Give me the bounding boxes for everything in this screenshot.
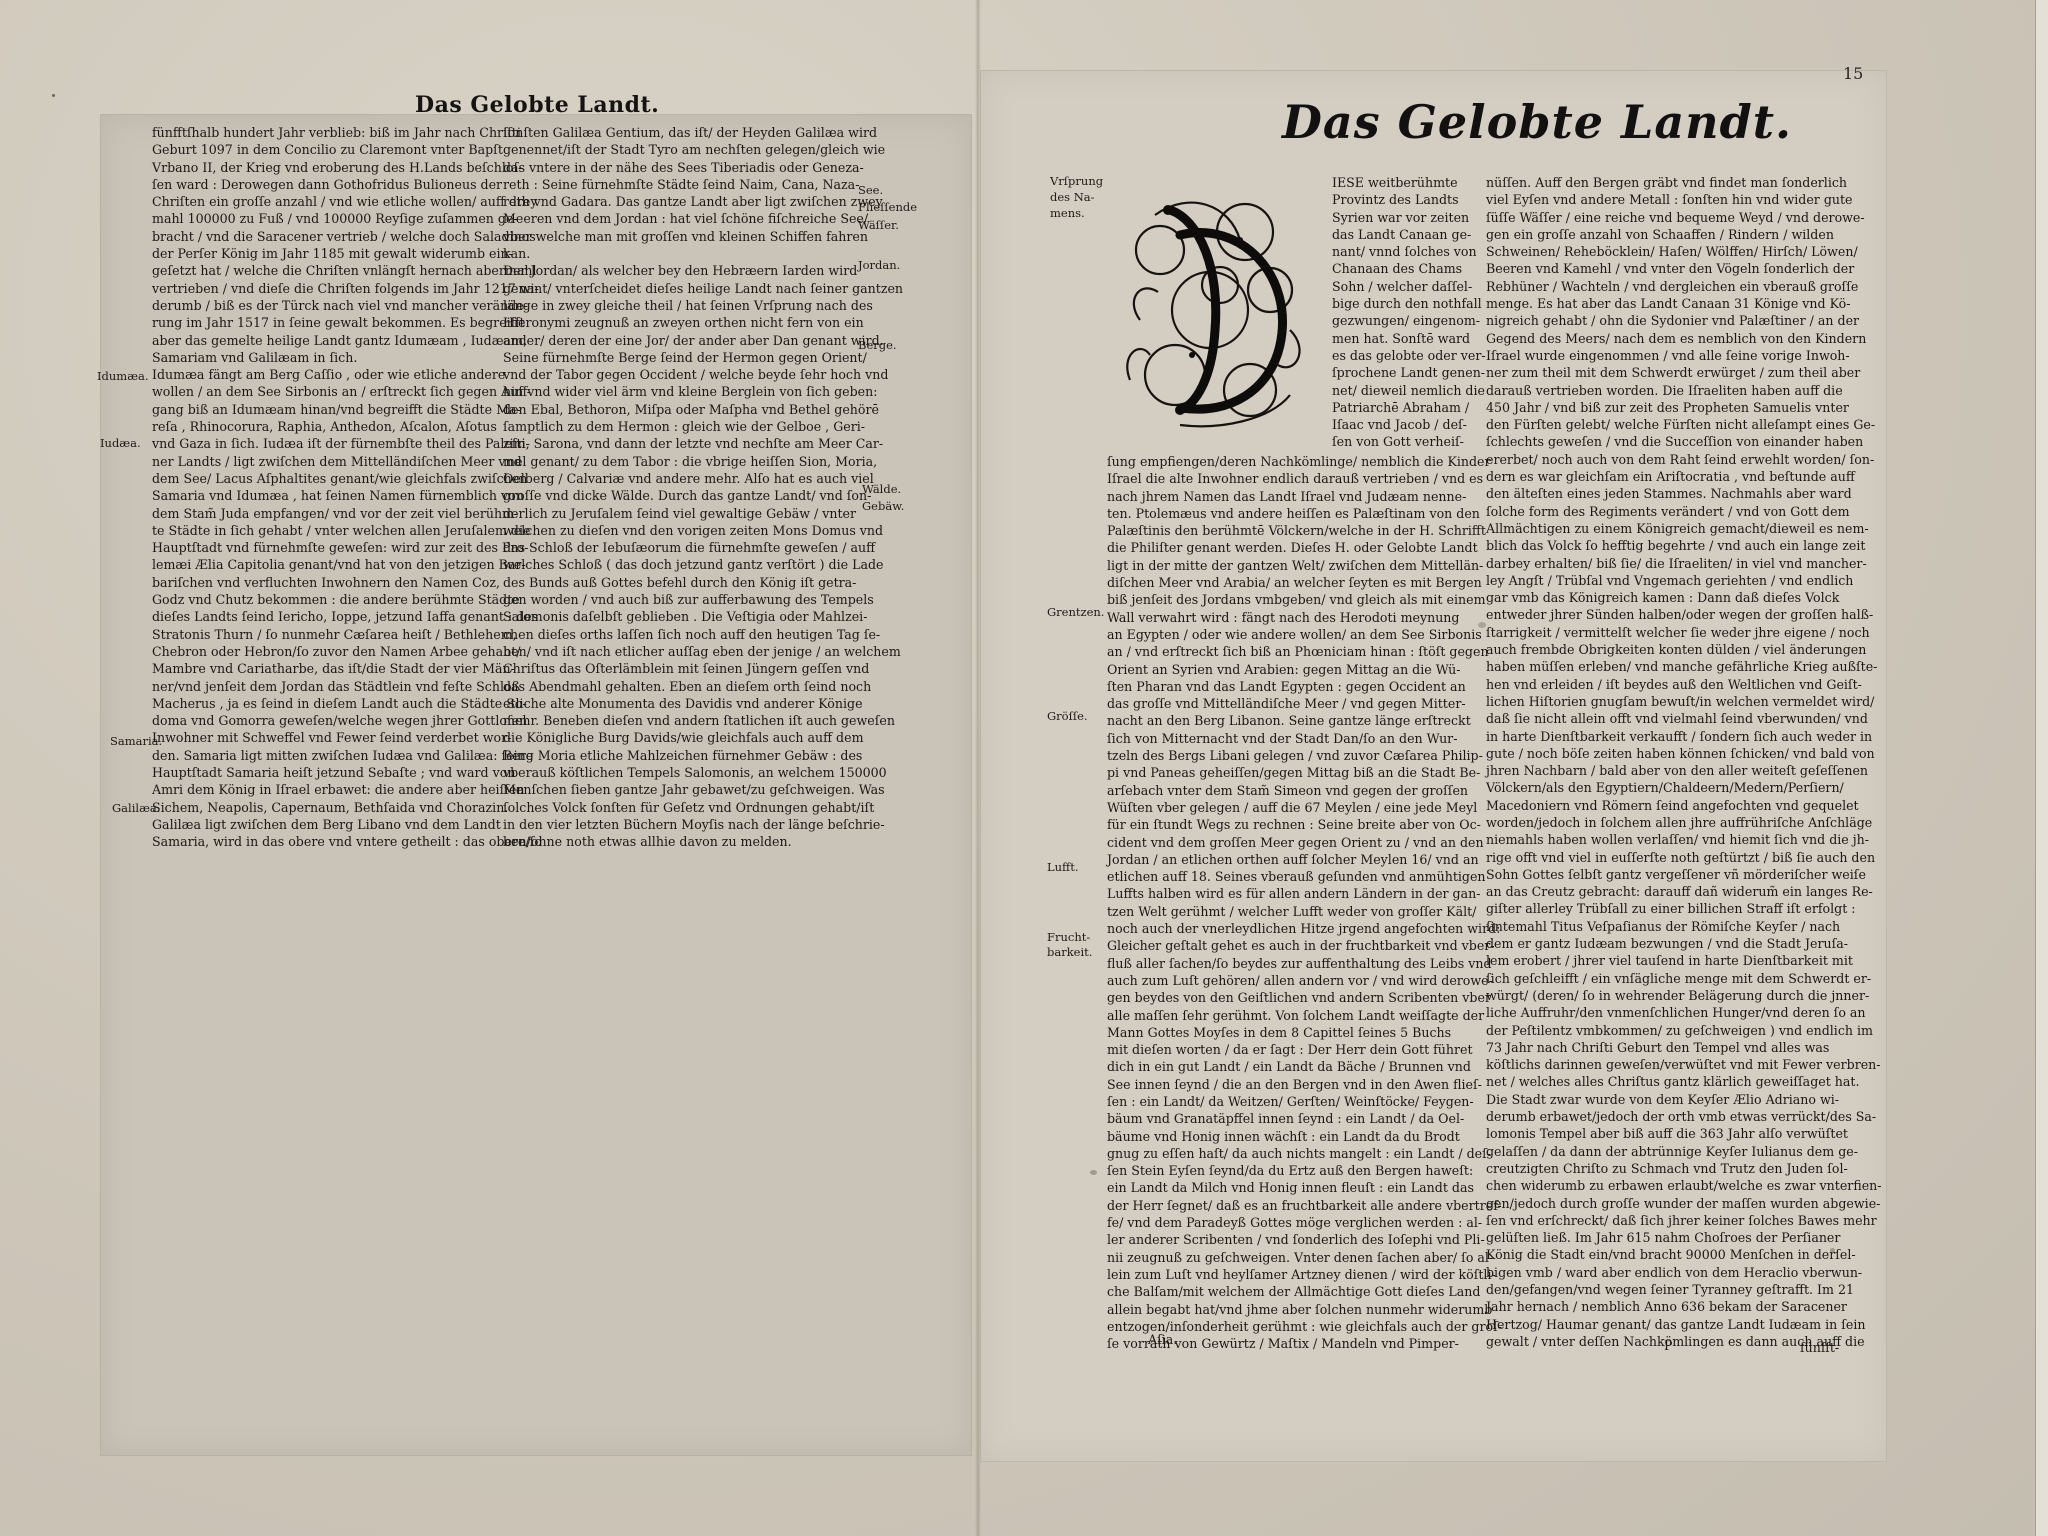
text-line: des Bunds auß Gottes befehl durch den Kö… [503, 574, 860, 591]
margin-note: Wäſſer. [858, 218, 899, 232]
text-line: derlich zu Jeruſalem ſeind viel gewaltig… [503, 505, 860, 522]
text-line: ler anderer Scribenten / vnd ſonderlich … [1107, 1231, 1459, 1248]
text-line: noch auch der vnerleydlichen Hitze jrgen… [1107, 920, 1459, 937]
text-line: ſonſten Galilæa Gentium, das iſt/ der He… [503, 124, 860, 141]
right-page-column-2: nüſſen. Auff den Bergen gräbt vnd findet… [1486, 174, 1836, 1350]
text-line: ten. Ptolemæus vnd andere heiſſen es Pal… [1107, 505, 1459, 522]
text-line: Hertzog/ Haumar genant/ das gantze Landt… [1486, 1316, 1836, 1333]
text-line: gen ein groſſe anzahl von Schaaffen / Ri… [1486, 226, 1836, 243]
text-line: ſolches Volck ſonſten für Geſetz vnd Ord… [503, 799, 860, 816]
text-line: aber das gemelte heilige Landt gantz Idu… [152, 332, 512, 349]
text-line: ley Angſt / Trübſal vnd Vngemach gerieht… [1486, 572, 1836, 589]
text-line: ſen von Gott verheiſ- [1332, 433, 1458, 450]
text-line: gelaſſen / da dann der abtrünnige Keyſer… [1486, 1143, 1836, 1160]
text-line: vberauß köſtlichen Tempels Salomonis, an… [503, 764, 860, 781]
text-line: ſich von Mitternacht vnd der Stadt Dan/ſ… [1107, 730, 1459, 747]
text-line: in harte Dienſtbarkeit verkaufft / ſonde… [1486, 728, 1836, 745]
text-line: nii zeugnuß zu geſchweigen. Vnter denen … [1107, 1249, 1459, 1266]
text-line: mel genant/ zu dem Tabor : die vbrige he… [503, 453, 860, 470]
text-line: nüſſen. Auff den Bergen gräbt vnd findet… [1486, 174, 1836, 191]
text-line: tzen Welt gerühmt / welcher Lufft weder … [1107, 903, 1459, 920]
text-line: jhren Nachbarn / bald aber von den aller… [1486, 762, 1836, 779]
text-line: kan. [503, 245, 860, 262]
text-line: ſen Stein Eyſen ſeynd/da du Ertz auß den… [1107, 1162, 1459, 1179]
text-line: Provintz des Landts [1332, 191, 1458, 208]
text-line: ſich geſchleifft / ein vnſägliche menge … [1486, 970, 1836, 987]
text-line: es das gelobte oder ver- [1332, 347, 1458, 364]
text-line: genennet/iſt der Stadt Tyro am nechſten … [503, 141, 860, 158]
paper-stain [1478, 622, 1486, 628]
text-line: chen widerumb zu erbawen erlaubt/welche … [1486, 1177, 1836, 1194]
text-line: lein zum Luſt vnd heylſamer Artzney dien… [1107, 1266, 1459, 1283]
text-line: Chriſtus das Oſterlämblein mit ſeinen Jü… [503, 660, 860, 677]
text-line: Iſrael die alte Inwohner endlich darauß … [1107, 470, 1459, 487]
margin-note: Gröſſe. [1047, 709, 1088, 723]
text-line: entweder jhrer Sünden halben/oder wegen … [1486, 606, 1836, 623]
text-line: vnd Gaza in ſich. Iudæa iſt der fürnembſ… [152, 435, 512, 452]
text-line: ſen vnd erſchreckt/ daß ſich jhrer keine… [1486, 1212, 1836, 1229]
text-line: gen beydes von den Geiſtlichen vnd ander… [1107, 989, 1459, 1006]
text-line: vnd der Tabor gegen Occident / welche be… [503, 366, 860, 383]
text-line: Macherus , ja es ſeind in dieſem Landt a… [152, 695, 512, 712]
text-line: das Schloß der Iebuſæorum die fürnehmſte… [503, 539, 860, 556]
text-line: viel Eyſen vnd andere Metall : ſonſten h… [1486, 191, 1836, 208]
text-line: daß ſie nicht allein offt vnd vielmahl ſ… [1486, 710, 1836, 727]
text-line: 73 Jahr nach Chriſti Geburt den Tempel v… [1486, 1039, 1836, 1056]
text-line: chen dieſes orths laſſen ſich noch auff … [503, 626, 860, 643]
text-line: mehr. Beneben dieſen vnd andern ſtatlich… [503, 712, 860, 729]
text-line: men hat. Sonſtē ward [1332, 330, 1458, 347]
text-line: Die Stadt zwar wurde von dem Keyſer Ælio… [1486, 1091, 1836, 1108]
text-line: ſolche form des Regiments verändert / vn… [1486, 503, 1836, 520]
text-line: Hauptſtadt Samaria heiſt jetzund Sebaſte… [152, 764, 512, 781]
text-line: Gegend des Meers/ nach dem es nemblich v… [1486, 330, 1836, 347]
text-line: alle maſſen ſehr gerühmt. Von ſolchem La… [1107, 1007, 1459, 1024]
text-line: derumb erbawet/jedoch der orth vmb etwas… [1486, 1108, 1836, 1125]
margin-note: Samaria. [110, 734, 162, 748]
text-line: nant/ vnnd ſolches von [1332, 243, 1458, 260]
text-line: Wall verwahrt wird : fängt nach des Hero… [1107, 609, 1459, 626]
ornamental-drop-cap-d-icon [1120, 180, 1320, 435]
text-line: diſchen Meer vnd Arabia/ an welcher ſeyt… [1107, 574, 1459, 591]
text-line: bäume vnd Honig innen wächſt : ein Landt… [1107, 1128, 1459, 1145]
text-line: rige offt vnd viel in euſſerſte noth geſ… [1486, 849, 1836, 866]
margin-note: Jordan. [858, 258, 900, 272]
center-fold [975, 0, 981, 1536]
text-line: Godz vnd Chutz bekommen : die andere ber… [152, 591, 512, 608]
text-line: Galilæa ligt zwiſchen dem Berg Libano vn… [152, 816, 512, 833]
text-line: bige durch den nothfall [1332, 295, 1458, 312]
text-line: darauß vertrieben worden. Die Iſraeliten… [1486, 382, 1836, 399]
text-line: auch frembde Obrigkeiten konten dülden /… [1486, 641, 1836, 658]
text-line: dieſes Landts ſeind Iericho, Ioppe, jetz… [152, 608, 512, 625]
text-line: Chriſten ein groſſe anzahl / vnd wie etl… [152, 193, 512, 210]
text-line: ſüſſe Wäſſer / eine reiche vnd bequeme W… [1486, 209, 1836, 226]
text-line: arſebach vnter dem Stam̃ Simeon vnd gege… [1107, 782, 1459, 799]
text-line: an Egypten / oder wie andere wollen/ an … [1107, 626, 1459, 643]
margin-note: Grentzen. [1047, 605, 1104, 619]
text-line: Mann Gottes Moyſes in dem 8 Capittel ſei… [1107, 1024, 1459, 1041]
text-line: an das Creutz gebracht: darauff dañ wide… [1486, 883, 1836, 900]
text-line: köſtlichs darinnen geweſen/verwüſtet vnd… [1486, 1056, 1836, 1073]
text-line: haben müſſen erleben/ vnd manche gefährl… [1486, 658, 1836, 675]
text-line: bigen vmb / ward aber endlich von dem He… [1486, 1264, 1836, 1281]
text-line: für ein ſtundt Wegs zu rechnen : Seine b… [1107, 816, 1459, 833]
text-line: Oelberg / Calvariæ vnd andere mehr. Alſo… [503, 470, 860, 487]
text-line: Stratonis Thurn / ſo nunmehr Cæſarea hei… [152, 626, 512, 643]
text-line: Hauptſtadt vnd fürnehmſte geweſen: wird … [152, 539, 512, 556]
text-line: menge. Es hat aber das Landt Canaan 31 K… [1486, 295, 1836, 312]
text-line: Idumæa fängt am Berg Caſſio , oder wie e… [152, 366, 512, 383]
text-line: ſen : ein Landt/ da Weitzen/ Gerſten/ We… [1107, 1093, 1459, 1110]
text-line: etlichen auff 18. Seines vberauß geſunde… [1107, 868, 1459, 885]
text-line: die Philiſter genant werden. Dieſes H. o… [1107, 539, 1459, 556]
text-line: gezwungen/ eingenom- [1332, 312, 1458, 329]
footnote-asia: Aſia. [1148, 1332, 1177, 1347]
text-line: hin vnd wider viel ärm vnd kleine Bergle… [503, 383, 860, 400]
text-line: Samaria vnd Idumæa , hat ſeinen Namen fü… [152, 487, 512, 504]
text-line: gelüſten ließ. Im Jahr 615 nahm Choſroes… [1486, 1229, 1836, 1246]
text-line: fe/ vnd dem Paradeyß Gottes möge verglic… [1107, 1214, 1459, 1231]
text-line: rung im Jahr 1517 in ſeine gewalt bekomm… [152, 314, 512, 331]
text-line: Seine fürnehmſte Berge ſeind der Hermon … [503, 349, 860, 366]
text-line: gen worden / vnd auch biß zur aufferbawu… [503, 591, 860, 608]
text-line: Samaria, wird in das obere vnd vntere ge… [152, 833, 512, 850]
margin-note: des Na- [1050, 190, 1095, 204]
text-line: nach jhrem Namen das Landt Iſrael vnd Ju… [1107, 488, 1459, 505]
text-line: nacht an den Berg Libanon. Seine gantze … [1107, 712, 1459, 729]
text-line: Inwohner mit Schweffel vnd Fewer ſeind v… [152, 729, 512, 746]
margin-note: barkeit. [1047, 945, 1092, 959]
text-line: Orient an Syrien vnd Arabien: gegen Mitt… [1107, 661, 1459, 678]
margin-note: Berge. [858, 338, 897, 352]
text-line: wollen / an dem See Sirbonis an / erſtre… [152, 383, 512, 400]
text-line: den Ebal, Bethoron, Miſpa oder Maſpha vn… [503, 401, 860, 418]
text-line: gewalt / vnter deſſen Nachkömlingen es d… [1486, 1333, 1836, 1350]
text-line: blich das Volck ſo hefftig begehrte / vn… [1486, 537, 1836, 554]
text-line: mahl 100000 zu Fuß / vnd 100000 Reyſige … [152, 210, 512, 227]
left-page-column-2: ſonſten Galilæa Gentium, das iſt/ der He… [503, 124, 860, 850]
text-line: worden/jedoch in ſolchem allen jhre auff… [1486, 814, 1836, 831]
text-line: pi vnd Paneas geheiſſen/gegen Mittag biß… [1107, 764, 1459, 781]
text-line: vber welche man mit groſſen vnd kleinen … [503, 228, 860, 245]
text-line: das vntere in der nähe des Sees Tiberiad… [503, 159, 860, 176]
margin-note: Iudæa. [100, 436, 141, 450]
text-line: welchen zu dieſen vnd den vorigen zeiten… [503, 522, 860, 539]
paper-edge [2035, 0, 2048, 1536]
margin-note: Lufft. [1047, 860, 1079, 874]
text-line: doma vnd Gomorra geweſen/welche wegen jh… [152, 712, 512, 729]
text-line: Macedoniern vnd Römern ſeind angefochten… [1486, 797, 1836, 814]
text-line: che Balſam/mit welchem der Allmächtige G… [1107, 1283, 1459, 1300]
text-line: gen/jedoch durch groſſe wunder der maſſe… [1486, 1195, 1836, 1212]
text-line: fünfftſhalb hundert Jahr verblieb: biß i… [152, 124, 512, 141]
text-line: te Städte in ſich gehabt / vnter welchen… [152, 522, 512, 539]
text-line: der Perſer König im Jahr 1185 mit gewalt… [152, 245, 512, 262]
text-line: würgt/ (deren/ ſo in wehrender Belägerun… [1486, 987, 1836, 1004]
text-line: fluß aller ſachen/ſo beydes zur auffenth… [1107, 955, 1459, 972]
text-line: ſintemahl Titus Veſpaſianus der Römiſche… [1486, 918, 1836, 935]
text-line: ſen ward : Derowegen dann Gothofridus Bu… [152, 176, 512, 193]
text-line: an / vnd erſtreckt ſich biß an Phœniciam… [1107, 643, 1459, 660]
text-line: ein Landt da Milch vnd Honig innen fleuſ… [1107, 1179, 1459, 1196]
text-line: welches Schloß ( das doch jetzund gantz … [503, 556, 860, 573]
text-line: ben/ohne noth etwas allhie davon zu meld… [503, 833, 860, 850]
text-line: dem Stam̃ Juda empfangen/ vnd vor der ze… [152, 505, 512, 522]
text-line: bäum vnd Granatäpffel innen ſeynd : ein … [1107, 1110, 1459, 1127]
text-line: giſter allerley Trübſall zu einer billic… [1486, 900, 1836, 917]
text-line: derumb / biß es der Türck nach viel vnd … [152, 297, 512, 314]
text-line: genant/ vnterſcheidet dieſes heilige Lan… [503, 280, 860, 297]
text-line: Rebhüner / Wachteln / vnd dergleichen ei… [1486, 278, 1836, 295]
text-line: Meeren vnd dem Jordan : hat viel ſchöne … [503, 210, 860, 227]
text-line: ner zum theil mit dem Schwerdt erwürget … [1486, 364, 1836, 381]
text-line: die Königliche Burg Davids/wie gleichfal… [503, 729, 860, 746]
text-line: den/gefangen/vnd wegen ſeiner Tyranney g… [1486, 1281, 1836, 1298]
text-line: Sohn Gottes ſelbſt gantz vergeſſener vñ … [1486, 866, 1836, 883]
text-line: gute / noch böſe zeiten haben können ſch… [1486, 745, 1836, 762]
text-line: Syrien war vor zeiten [1332, 209, 1458, 226]
text-line: Chanaan des Chams [1332, 260, 1458, 277]
text-line: Chebron oder Hebron/ſo zuvor den Namen A… [152, 643, 512, 660]
text-line: darbey erhalten/ biß ſie/ die Iſraeliten… [1486, 555, 1836, 572]
text-line: cident vnd dem groſſen Meer gegen Orient… [1107, 834, 1459, 851]
text-line: ligt in der mitte der gantzen Welt/ zwiſ… [1107, 557, 1459, 574]
text-line: liche Auffruhr/den vnmenſchlichen Hunger… [1486, 1004, 1836, 1021]
text-line: tzeln des Bergs Libani gelegen / vnd zuv… [1107, 747, 1459, 764]
text-line: dem See/ Lacus Aſphaltites genant/wie gl… [152, 470, 512, 487]
text-line: Sichem, Neapolis, Capernaum, Bethſaida v… [152, 799, 512, 816]
text-line: Berg Moria etliche Mahlzeichen fürnehmer… [503, 747, 860, 764]
text-line: lichen Hiſtorien gnugſam bewuſt/in welch… [1486, 693, 1836, 710]
text-line: allein begabt hat/vnd jhme aber ſolchen … [1107, 1301, 1459, 1318]
text-line: auch zum Luſt gehören/ allen andern vor … [1107, 972, 1459, 989]
text-line: den älteſten eines jeden Stammes. Nachma… [1486, 485, 1836, 502]
text-line: ner/vnd jenſeit dem Jordan das Städtlein… [152, 678, 512, 695]
text-line: Amri dem König in Iſrael erbawet: die an… [152, 781, 512, 798]
text-line: net / welches alles Chriſtus gantz klärl… [1486, 1073, 1836, 1090]
text-line: den. Samaria ligt mitten zwiſchen Iudæa … [152, 747, 512, 764]
margin-note: mens. [1050, 206, 1085, 220]
text-line: ſtarrigkeit / vermittelſt welcher ſie we… [1486, 624, 1836, 641]
text-line: ſchlechts geweſen / vnd die Succeſſion v… [1486, 433, 1836, 450]
paper-speck [52, 94, 55, 97]
text-line: reth : Seine fürnehmſte Städte ſeind Nai… [503, 176, 860, 193]
right-page-column-1: ſung empfiengen/deren Nachkömlinge/ nemb… [1107, 453, 1459, 1352]
text-line: Mambre vnd Cariatharbe, das iſt/die Stad… [152, 660, 512, 677]
text-line: creutzigten Chriſto zu Schmach vnd Trutz… [1486, 1160, 1836, 1177]
text-line: Der Jordan/ als welcher bey den Hebræern… [503, 262, 860, 279]
margin-note: Flieſſende [858, 200, 917, 214]
text-line: Menſchen ſieben gantze Jahr gebawet/zu g… [503, 781, 860, 798]
text-line: Gleicher geſtalt gehet es auch in der fr… [1107, 937, 1459, 954]
text-line: Patriarchē Abraham / [1332, 399, 1458, 416]
text-line: ſung empfiengen/deren Nachkömlinge/ nemb… [1107, 453, 1459, 470]
text-line: 450 Jahr / vnd biß zur zeit des Prophete… [1486, 399, 1836, 416]
text-line: Samariam vnd Galilæam in ſich. [152, 349, 512, 366]
paper-stain [1090, 1170, 1097, 1175]
text-line: geſetzt hat / welche die Chriſten vnläng… [152, 262, 512, 279]
text-line: etliche alte Monumenta des Davidis vnd a… [503, 695, 860, 712]
text-line: gar vmb das Königreich kamen : Dann daß … [1486, 589, 1836, 606]
text-line: zim, Sarona, vnd dann der letzte vnd nec… [503, 435, 860, 452]
text-line: groſſe vnd dicke Wälde. Durch das gantze… [503, 487, 860, 504]
text-line: ner Landts / ligt zwiſchen dem Mittellän… [152, 453, 512, 470]
text-line: ererbet/ noch auch von dem Raht ſeind er… [1486, 451, 1836, 468]
paper-stain [1830, 1248, 1835, 1253]
text-line: hen/ vnd iſt nach etlicher auſſag eben d… [503, 643, 860, 660]
text-line: ander/ deren der eine Jor/ der ander abe… [503, 332, 860, 349]
text-line: Jordan / an etlichen orthen auff ſolcher… [1107, 851, 1459, 868]
text-line: Jahr hernach / nemblich Anno 636 bekam d… [1486, 1298, 1836, 1315]
text-line: das Abendmahl gehalten. Eben an dieſem o… [503, 678, 860, 695]
text-line: das Landt Canaan ge- [1332, 226, 1458, 243]
margin-note: Frucht- [1047, 930, 1090, 944]
text-line: Iſaac vnd Jacob / deſ- [1332, 416, 1458, 433]
text-line: ſamptlich zu dem Hermon : gleich wie der… [503, 418, 860, 435]
text-line: gnug zu eſſen haſt/ da auch nichts mange… [1107, 1145, 1459, 1162]
signature-mark: P [1664, 1338, 1672, 1353]
text-line: gang biß an Idumæam hinan/vnd begreifft … [152, 401, 512, 418]
text-line: vertrieben / vnd dieſe die Chriſten folg… [152, 280, 512, 297]
text-line: reth vnd Gadara. Das gantze Landt aber l… [503, 193, 860, 210]
text-line: der Peſtilentz vmbkommen/ zu geſchweigen… [1486, 1022, 1836, 1039]
text-line: reſa , Rhinocorura, Raphia, Anthedon, Aſ… [152, 418, 512, 435]
margin-note: Idumæa. [97, 369, 149, 383]
left-page-column-1: fünfftſhalb hundert Jahr verblieb: biß i… [152, 124, 512, 850]
text-line: Iſrael wurde eingenommen / vnd alle ſein… [1486, 347, 1836, 364]
text-line: biß jenſeit des Jordans vmbgeben/ vnd gl… [1107, 591, 1459, 608]
text-line: Vrbano II, der Krieg vnd eroberung des H… [152, 159, 512, 176]
margin-note: Vrſprung [1050, 174, 1103, 188]
text-line: bracht / vnd die Saracener vertrieb / we… [152, 228, 512, 245]
text-line: in den vier letzten Büchern Moyſis nach … [503, 816, 860, 833]
text-line: Luffts halben wird es für allen andern L… [1107, 885, 1459, 902]
text-line: Hieronymi zeugnuß an zweyen orthen nicht… [503, 314, 860, 331]
text-line: bariſchen vnd verfluchten Inwohnern den … [152, 574, 512, 591]
text-line: Allmächtigen zu einem Königreich gemacht… [1486, 520, 1836, 537]
text-line: lemæi Ælia Capitolia genant/vnd hat von … [152, 556, 512, 573]
text-line: dem er gantz Iudæam bezwungen / vnd die … [1486, 935, 1836, 952]
text-line: dich in ein gut Landt / ein Landt da Bäc… [1107, 1058, 1459, 1075]
margin-note: Wälde. [862, 482, 901, 496]
page-title: Das Gelobte Landt. [1282, 95, 1792, 149]
text-line: Völckern/als den Egyptiern/Chaldeern/Med… [1486, 779, 1836, 796]
text-line: Geburt 1097 in dem Concilio zu Claremont… [152, 141, 512, 158]
text-line: Schweinen/ Reheböcklein/ Haſen/ Wölffen/… [1486, 243, 1836, 260]
text-line: Wüſten vber gelegen / auff die 67 Meylen… [1107, 799, 1459, 816]
text-line: Salomonis daſelbſt geblieben . Die Veſti… [503, 608, 860, 625]
text-line: nigreich gehabt / ohn die Sydonier vnd P… [1486, 312, 1836, 329]
text-line: ſprochene Landt genen- [1332, 364, 1458, 381]
text-line: See innen ſeynd / die an den Bergen vnd … [1107, 1076, 1459, 1093]
text-line: lomonis Tempel aber biß auff die 363 Jah… [1486, 1125, 1836, 1142]
text-line: dern es war gleichſam ein Ariſtocratia ,… [1486, 468, 1836, 485]
text-line: Palæſtinis den berühmtē Völckern/welche … [1107, 522, 1459, 539]
right-page-text-beside-cap: IESE weitberühmteProvintz des LandtsSyri… [1332, 174, 1458, 451]
margin-note: See. [858, 183, 883, 197]
text-line: den Fürſten gelebt/ welche Fürſten nicht… [1486, 416, 1836, 433]
text-line: König die Stadt ein/vnd bracht 90000 Men… [1486, 1246, 1836, 1263]
text-line: net/ dieweil nemlich die [1332, 382, 1458, 399]
text-line: mit dieſen worten / da er ſagt : Der Her… [1107, 1041, 1459, 1058]
text-line: IESE weitberühmte [1332, 174, 1458, 191]
text-line: das groſſe vnd Mittelländiſche Meer / vn… [1107, 695, 1459, 712]
catchword: fünfft- [1800, 1340, 1839, 1355]
text-line: lem erobert / jhrer viel tauſend in hart… [1486, 952, 1836, 969]
text-line: hen vnd erleiden / iſt beydes auß den We… [1486, 676, 1836, 693]
left-running-head: Das Gelobte Landt. [415, 92, 659, 118]
text-line: länge in zwey gleiche theil / hat ſeinen… [503, 297, 860, 314]
text-line: Beeren vnd Kamehl / vnd vnter den Vögeln… [1486, 260, 1836, 277]
text-line: der Herr ſegnet/ daß es an fruchtbarkeit… [1107, 1197, 1459, 1214]
page-number: 15 [1843, 64, 1863, 83]
text-line: Sohn / welcher daſſel- [1332, 278, 1458, 295]
text-line: ſten Pharan vnd das Landt Egypten : gege… [1107, 678, 1459, 695]
text-line: niemahls haben wollen verlaſſen/ vnd hie… [1486, 831, 1836, 848]
margin-note: Galilæa. [112, 801, 160, 815]
margin-note: Gebäw. [862, 499, 904, 513]
